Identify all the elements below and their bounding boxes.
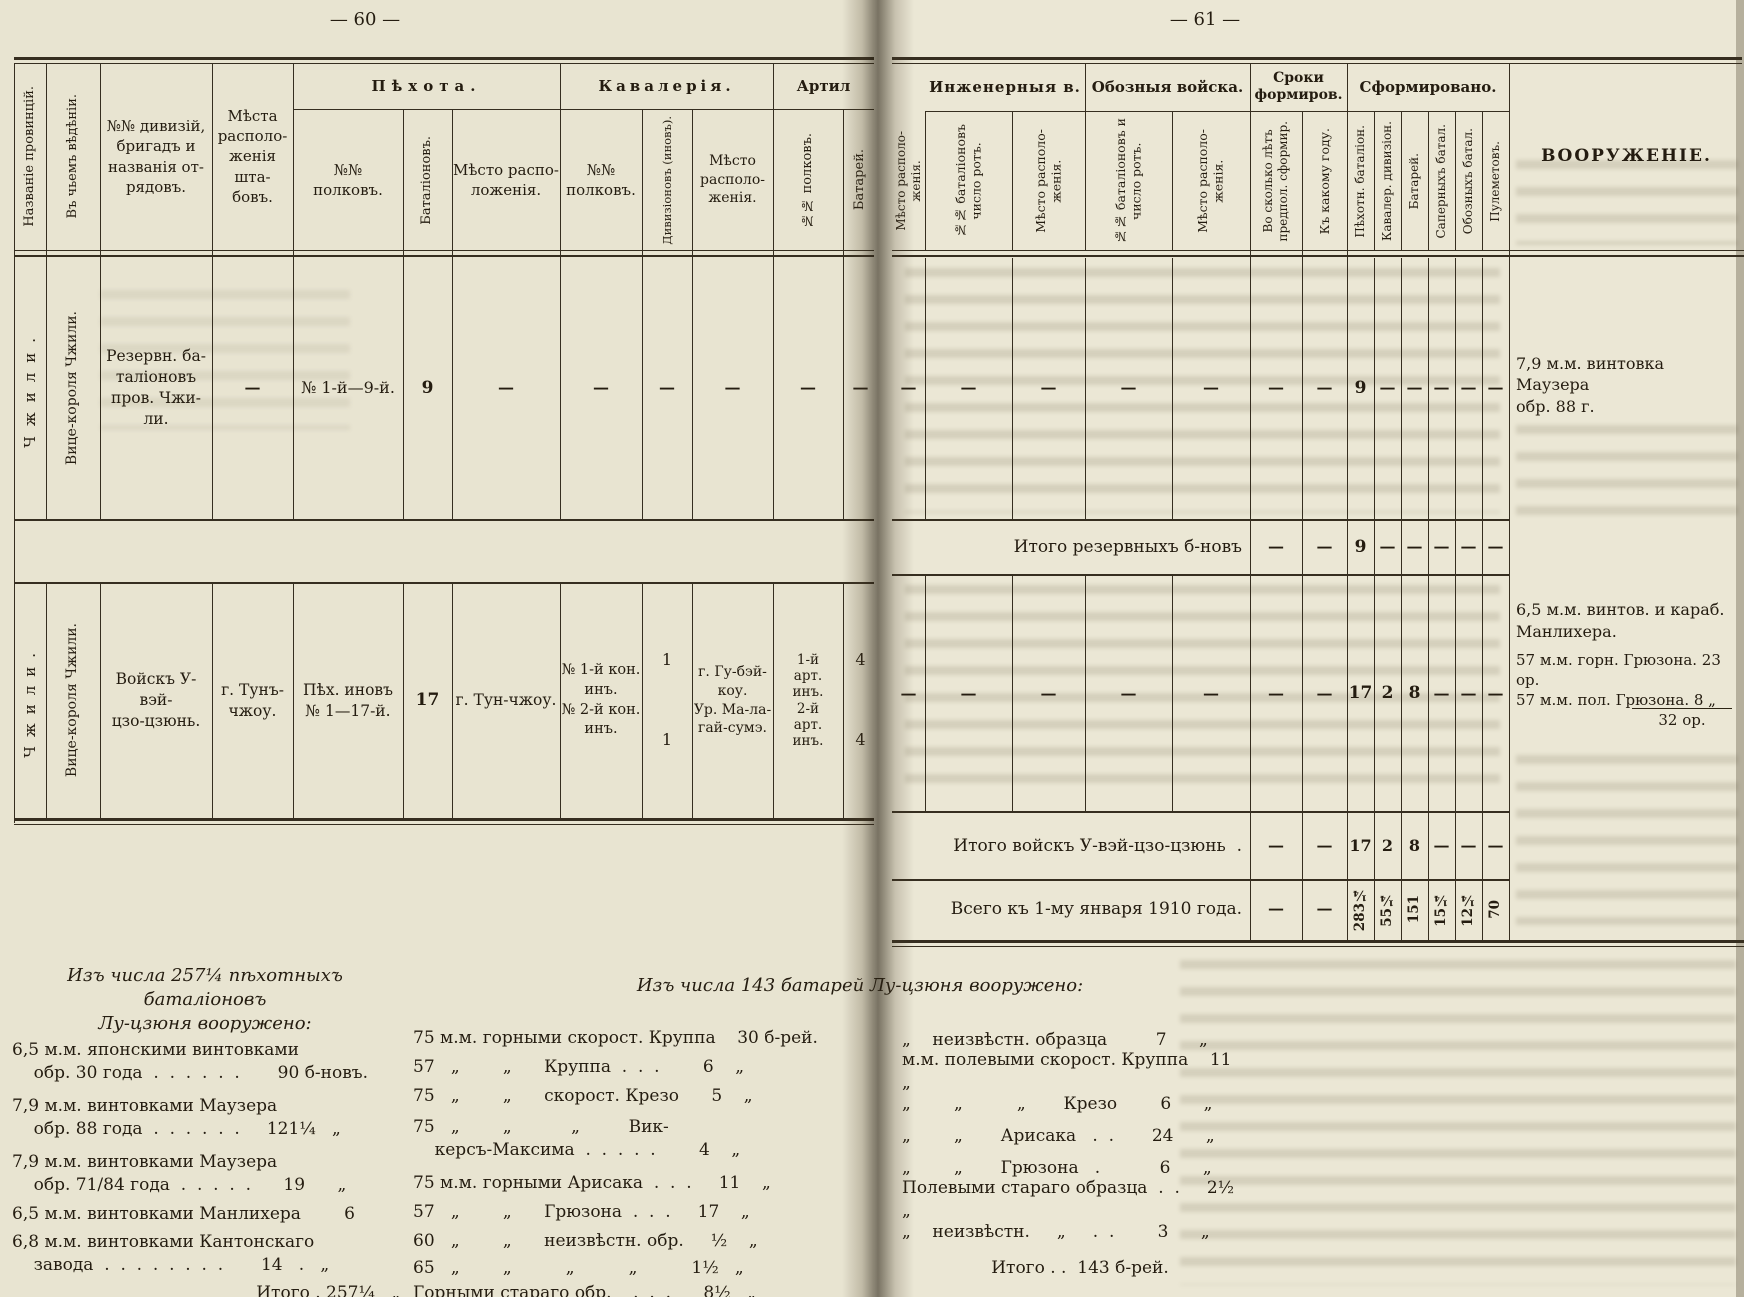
subtotal-uwei-label: Итого войскъ У-вэй-цзо-цзюнь . [898, 812, 1242, 880]
footnote-batteries-item: 60 „ „ неизвѣстн. обр. ½ „ [413, 1229, 873, 1253]
col-header-formed-cavalry: Кавалер. дивизіон. [1374, 112, 1401, 250]
row1-term-years: — [1250, 258, 1302, 518]
row2-art-regiments: 1-й арт. инъ. 2-й арт. инъ. [773, 585, 843, 816]
row2-formed-sappers: — [1428, 575, 1455, 812]
grand-total-infantry: 283¼ [1347, 880, 1374, 938]
col-header-tr-location: Мѣсто располо- женія. [1172, 112, 1250, 250]
col-header-formed-batteries: Батарей. [1401, 112, 1428, 250]
row1-formed-sappers: — [1428, 258, 1455, 518]
footnote-batteries-item: 75 м.м. горными Арисака . . . 11 „ [413, 1171, 873, 1195]
col-header-armament: ВООРУЖЕНІЕ. [1509, 63, 1744, 250]
group-header-terms: Сроки формиров. [1250, 63, 1347, 111]
subtotal-uwei-batteries: 8 [1401, 812, 1428, 880]
row2-term-years: — [1250, 575, 1302, 812]
row2-art-batteries-2: 4 [843, 710, 878, 770]
table-rule [14, 818, 874, 821]
col-header-eng-units: №№ баталіоновъ число ротъ. [925, 112, 1012, 250]
col-header-inf-battalions: Баталіоновъ. [403, 110, 452, 250]
table-rule [14, 57, 874, 60]
subtotal-uwei-mg: — [1482, 812, 1509, 880]
row1-inf-battalions: 9 [403, 258, 452, 518]
row1-art-location: — [892, 258, 925, 518]
footnote-batteries-cont-item: „ „ Арисака . . 24 „ [902, 1124, 1242, 1148]
table-rule [14, 824, 874, 825]
grand-total-term-years: — [1250, 880, 1302, 938]
col-header-eng-location: Мѣсто располо- женія. [1012, 112, 1085, 250]
group-header-artillery: Артил [773, 63, 874, 109]
group-header-formed: Сформировано. [1347, 63, 1509, 111]
footnote-rifles-item: 7,9 м.м. винтовками Маузера обр. 71/84 г… [12, 1147, 410, 1201]
footnote-batteries-item: Горными стараго обр. . . . 8½ „ [413, 1283, 873, 1297]
bleed-through [1180, 960, 1736, 1285]
row1-formed-cavalry: — [1374, 258, 1401, 518]
grand-total-batteries: 151 [1401, 880, 1428, 938]
row1-inf-location: — [452, 258, 560, 518]
subtotal-reserve-transport: — [1455, 520, 1482, 574]
row1-formed-transport: — [1455, 258, 1482, 518]
row1-hq: — [212, 258, 293, 518]
row2-inf-regiments: Пѣх. иновъ № 1—17-й. [293, 585, 403, 816]
footnote-batteries-cont-item: м.м. полевыми скорост. Круппа 11 „ [902, 1060, 1242, 1084]
row2-cav-regiments: № 1-й кон. инъ. № 2-й кон. инъ. [560, 585, 642, 816]
table-rule [892, 940, 1744, 943]
scanned-book-spread: — 60 — — 61 — Названіе провинцій. Въ чье… [0, 0, 1744, 1297]
row1-cav-divisions: — [642, 258, 692, 518]
row1-authority: Вице-короля Чжили. [46, 258, 100, 518]
row2-unit-name: Войскъ У-вэй- цзо-цзюнь. [100, 585, 212, 816]
row2-armament-rifles: 6,5 м.м. винтов. и караб. Манлихера. [1516, 592, 1744, 650]
row1-eng-location: — [1012, 258, 1085, 518]
table-rule [843, 583, 844, 818]
group-header-infantry: Пѣхота. [293, 63, 560, 109]
col-header-art-regiments: №№ полковъ. [773, 110, 843, 250]
footnote-batteries-cont-item: Полевыми стараго образца . . 2½ „ [902, 1188, 1242, 1212]
grand-total-label: Всего къ 1-му января 1910 года. [898, 880, 1242, 938]
footnote-batteries-item: 57 „ „ Грюзона . . . 17 „ [413, 1200, 873, 1224]
col-header-term-by: Къ какому году. [1302, 112, 1347, 250]
footnote-rifles-total: Итого . 257¼ „ [150, 1281, 400, 1297]
row2-formed-batteries: 8 [1401, 575, 1428, 812]
footnote-batteries-item: 75 м.м. горными скорост. Круппа 30 б-рей… [413, 1026, 873, 1050]
row2-inf-battalions: 17 [403, 585, 452, 816]
table-rule [14, 519, 874, 521]
row1-tr-location: — [1172, 258, 1250, 518]
row2-term-by: — [1302, 575, 1347, 812]
footnote-rifles-item: 7,9 м.м. винтовками Маузера обр. 88 года… [12, 1091, 410, 1145]
table-rule [642, 583, 643, 818]
row2-eng-location: — [1012, 575, 1085, 812]
col-header-cav-regiments: №№ полковъ. [560, 110, 642, 250]
col-header-cav-location: Мѣсто располо- женія. [692, 110, 773, 250]
footnote-rifles-item: 6,5 м.м. винтовками Манлихера 6 [12, 1201, 410, 1227]
col-header-art-batteries: Батарей. [843, 110, 878, 250]
table-rule [14, 250, 874, 251]
row1-eng-units: — [925, 258, 1012, 518]
footnote-batteries-item: 65 „ „ „ „ 1½ „ [413, 1256, 873, 1280]
col-header-province: Названіе провинцій. [14, 63, 46, 250]
row2-eng-units: — [925, 575, 1012, 812]
group-header-cavalry: Кавалерія. [560, 63, 773, 109]
group-header-transport: Обозныя войска. [1085, 63, 1250, 111]
page-number-right: — 61 — [1125, 6, 1285, 34]
row2-armament-gun-total: 32 ор. [1632, 708, 1732, 729]
row2-province: Чжили. [14, 585, 46, 816]
subtotal-reserve-label: Итого резервныхъ б-новъ [930, 520, 1242, 574]
row2-formed-cavalry: 2 [1374, 575, 1401, 812]
footnote-batteries-item: 57 „ „ Круппа . . . 6 „ [413, 1055, 873, 1079]
table-rule [892, 250, 1744, 251]
row1-armament: 7,9 м.м. винтовка Маузера обр. 88 г. [1516, 330, 1742, 440]
col-header-tr-units: №№ баталіоновъ и число ротъ. [1085, 112, 1172, 250]
subtotal-reserve-term-by: — [1302, 520, 1347, 574]
footnote-batteries-heading: Изъ числа 143 батарей Лу-цзюня вооружено… [575, 972, 1145, 1000]
row1-formed-mg: — [1482, 258, 1509, 518]
subtotal-reserve-infantry: 9 [1347, 520, 1374, 574]
subtotal-reserve-batteries: — [1401, 520, 1428, 574]
row1-cav-regiments: — [560, 258, 642, 518]
row1-art-regiments: — [773, 258, 843, 518]
col-header-formed-mg: Пулеметовъ. [1482, 112, 1509, 250]
footnote-batteries-cont-item: „ „ „ Крезо 6 „ [902, 1092, 1242, 1116]
table-rule [892, 255, 1744, 257]
subtotal-reserve-sappers: — [1428, 520, 1455, 574]
footnote-rifles-heading: Изъ числа 257¼ пѣхотныхъ баталіоновъ Лу-… [10, 972, 400, 1028]
row2-formed-transport: — [1455, 575, 1482, 812]
row1-cav-location: — [692, 258, 773, 518]
table-rule [892, 57, 1742, 60]
col-header-art-location: Мѣсто располо- женія. [892, 112, 925, 250]
subtotal-uwei-infantry: 17 [1347, 812, 1374, 880]
grand-total-transport: 12¼ [1455, 880, 1482, 938]
grand-total-mg: 70 [1482, 880, 1509, 938]
row2-hq: г. Тунъ- чжоу. [212, 585, 293, 816]
grand-total-term-by: — [1302, 880, 1347, 938]
row2-authority: Вице-короля Чжили. [46, 585, 100, 816]
row2-cav-divisions-2: 1 [642, 710, 692, 770]
row2-art-batteries-1: 4 [843, 630, 878, 690]
col-header-inf-location: Мѣсто распо- ложенія. [452, 110, 560, 250]
subtotal-uwei-cavalry: 2 [1374, 812, 1401, 880]
col-header-cav-divisions: Дивизіоновъ (иновъ). [642, 110, 692, 250]
row2-formed-infantry: 17 [1347, 575, 1374, 812]
row1-unit-name: Резервн. ба- таліоновъ пров. Чжи-ли. [100, 258, 212, 518]
col-header-formed-transport: Обозныхъ батал. [1455, 112, 1482, 250]
table-rule [14, 255, 874, 257]
page-number-left: — 60 — [285, 6, 445, 34]
row2-cav-location: г. Гу-бэй- коу. Ур. Ма-ла- гай-сумэ. [692, 585, 773, 816]
col-header-formed-infantry: Пѣхотн. баталіон. [1347, 112, 1374, 250]
footnote-rifles-item: 6,5 м.м. японскими винтовками обр. 30 го… [12, 1035, 410, 1089]
row2-formed-mg: — [1482, 575, 1509, 812]
subtotal-uwei-term-years: — [1250, 812, 1302, 880]
row2-tr-units: — [1085, 575, 1172, 812]
col-header-authority: Въ чьемъ вѣдѣніи. [46, 63, 100, 250]
footnote-batteries-item: 75 „ „ скорост. Крезо 5 „ [413, 1084, 873, 1108]
row2-armament-guns: 57 м.м. горн. Грюзона. 23 ор. 57 м.м. по… [1516, 652, 1744, 708]
subtotal-uwei-transport: — [1455, 812, 1482, 880]
col-header-inf-regiments: №№ полковъ. [293, 110, 403, 250]
subtotal-uwei-term-by: — [1302, 812, 1347, 880]
subtotal-uwei-sappers: — [1428, 812, 1455, 880]
row2-art-location: — [892, 575, 925, 812]
row1-formed-batteries: — [1401, 258, 1428, 518]
footnote-batteries-total: Итого . . 143 б-рей. [940, 1256, 1220, 1280]
col-header-hq: Мѣста располо- женія шта- бовъ. [212, 63, 293, 250]
grand-total-cavalry: 55¼ [1374, 880, 1401, 938]
row1-term-by: — [1302, 258, 1347, 518]
row2-tr-location: — [1172, 575, 1250, 812]
table-rule [14, 582, 874, 584]
row1-art-batteries: — [843, 258, 878, 518]
group-header-engineer: Инженерныя в. [925, 63, 1085, 111]
table-rule [892, 946, 1744, 947]
row1-inf-regiments: № 1-й—9-й. [293, 258, 403, 518]
col-header-term-years: Во сколько лѣтъ предпол. сформир. [1250, 112, 1302, 250]
col-header-formed-sappers: Саперныхъ батал. [1428, 112, 1455, 250]
subtotal-reserve-mg: — [1482, 520, 1509, 574]
footnote-rifles-item: 6,8 м.м. винтовками Кантонскаго завода .… [12, 1227, 410, 1281]
bleed-through [1516, 755, 1738, 925]
row1-formed-infantry: 9 [1347, 258, 1374, 518]
row2-inf-location: г. Тун-чжоу. [452, 585, 560, 816]
row2-cav-divisions-1: 1 [642, 630, 692, 690]
row1-province: Чжили. [14, 258, 46, 518]
row1-tr-units: — [1085, 258, 1172, 518]
subtotal-reserve-term-years: — [1250, 520, 1302, 574]
subtotal-reserve-cavalry: — [1374, 520, 1401, 574]
grand-total-sappers: 15¼ [1428, 880, 1455, 938]
col-header-divisions: №№ дивизій, бригадъ и названія от- рядов… [100, 63, 212, 250]
footnote-batteries-item: 75 „ „ „ Вик- керсъ-Максима . . . . . 4 … [413, 1113, 873, 1165]
footnote-batteries-cont-item: „ неизвѣстн. „ . . 3 „ [902, 1220, 1242, 1244]
